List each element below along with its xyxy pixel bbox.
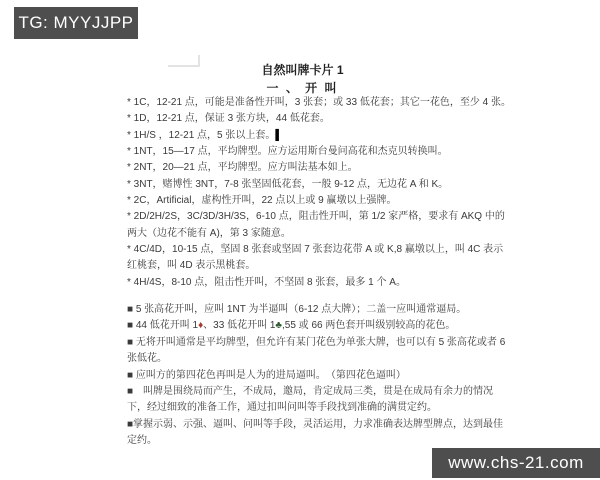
- notes-list: ■ 5 张高花开叫，应叫 1NT 为半逼叫（6-12 点大牌）；二盖一应叫通常逼…: [127, 302, 511, 449]
- note-minor-suffix: ,55 或 66 两色套开叫级别较高的花色。: [282, 320, 455, 331]
- note-line-game-classes: ■ 叫牌是围绕局而产生，不成局，邀局，肯定成局三类，贯是在成局有余力的情况下，经…: [127, 384, 511, 417]
- note-line-techniques: ■掌握示弱、示强、逼叫、问叫等手段，灵活运用，力求准确表达牌型牌点，达到最佳定约…: [127, 417, 511, 450]
- note-minor-prefix: ■ 44 低花开叫 1: [127, 320, 198, 331]
- text-cursor: ▌: [275, 130, 282, 141]
- top-watermark-badge: TG: MYYJJPP: [14, 7, 138, 39]
- bid-line-4c4d: * 4C/4D，10-15 点，坚固 8 张套或坚固 7 张套边花带 A 或 K…: [127, 242, 511, 275]
- bottom-watermark-badge: www.chs-21.com: [432, 448, 600, 478]
- opening-bids-list: * 1C，12-21 点，可能是准备性开叫，3 张套；或 33 低花套；其它一花…: [127, 95, 511, 291]
- note-line-notrump: ■ 无将开叫通常是平均牌型，但允许有某门花色为单张大牌，也可以有 5 张高花或者…: [127, 335, 511, 368]
- bid-line-2nt: * 2NT，20—21 点，平均牌型。应方叫法基本如上。: [127, 160, 511, 176]
- bid-line-1nt: * 1NT，15—17 点，平均牌型。应方运用斯台曼问高花和杰克贝转换叫。: [127, 144, 511, 160]
- document-body: * 1C，12-21 点，可能是准备性开叫，3 张套；或 33 低花套；其它一花…: [127, 95, 511, 449]
- bid-line-1d: * 1D，12-21 点，保证 3 张方块，44 低花套。: [127, 111, 511, 127]
- note-line-fourth-suit: ■ 应叫方的第四花色再叫是人为的进局逼叫。 （第四花色逼叫）: [127, 368, 511, 384]
- section-heading: 一 、 开 叫: [105, 81, 500, 95]
- bottom-watermark-text: www.chs-21.com: [448, 453, 583, 473]
- document-header: 自然叫牌卡片 1 一 、 开 叫: [105, 63, 500, 95]
- note-minor-mid: 、33 低花开叫 1: [203, 320, 275, 331]
- top-watermark-text: TG: MYYJJPP: [18, 13, 133, 33]
- bid-line-4h4s: * 4H/4S，8-10 点，阻击性开叫，不坚固 8 张套，最多 1 个 A。: [127, 275, 511, 291]
- page-title: 自然叫牌卡片 1: [105, 63, 500, 77]
- bid-line-1hs-text: * 1H/S ，12-21 点，5 张以上套。: [127, 130, 275, 141]
- bid-line-preempt: * 2D/2H/2S，3C/3D/3H/3S，6-10 点，阻击性开叫，第 1/…: [127, 209, 511, 242]
- note-line-major-opening: ■ 5 张高花开叫，应叫 1NT 为半逼叫（6-12 点大牌）；二盖一应叫通常逼…: [127, 302, 511, 318]
- bid-line-1hs: * 1H/S ，12-21 点，5 张以上套。▌: [127, 128, 511, 144]
- bid-line-3nt: * 3NT，赌博性 3NT，7-8 张坚固低花套，一般 9-12 点，无边花 A…: [127, 177, 511, 193]
- document-page: TG: MYYJJPP 自然叫牌卡片 1 一 、 开 叫 * 1C，12-21 …: [0, 0, 600, 480]
- bid-line-2c: * 2C，Artificial，虚构性开叫，22 点以上或 9 赢墩以上强牌。: [127, 193, 511, 209]
- bid-line-1c: * 1C，12-21 点，可能是准备性开叫，3 张套；或 33 低花套；其它一花…: [127, 95, 511, 111]
- note-line-minor-opening: ■ 44 低花开叫 1♦、33 低花开叫 1♣,55 或 66 两色套开叫级别较…: [127, 318, 511, 334]
